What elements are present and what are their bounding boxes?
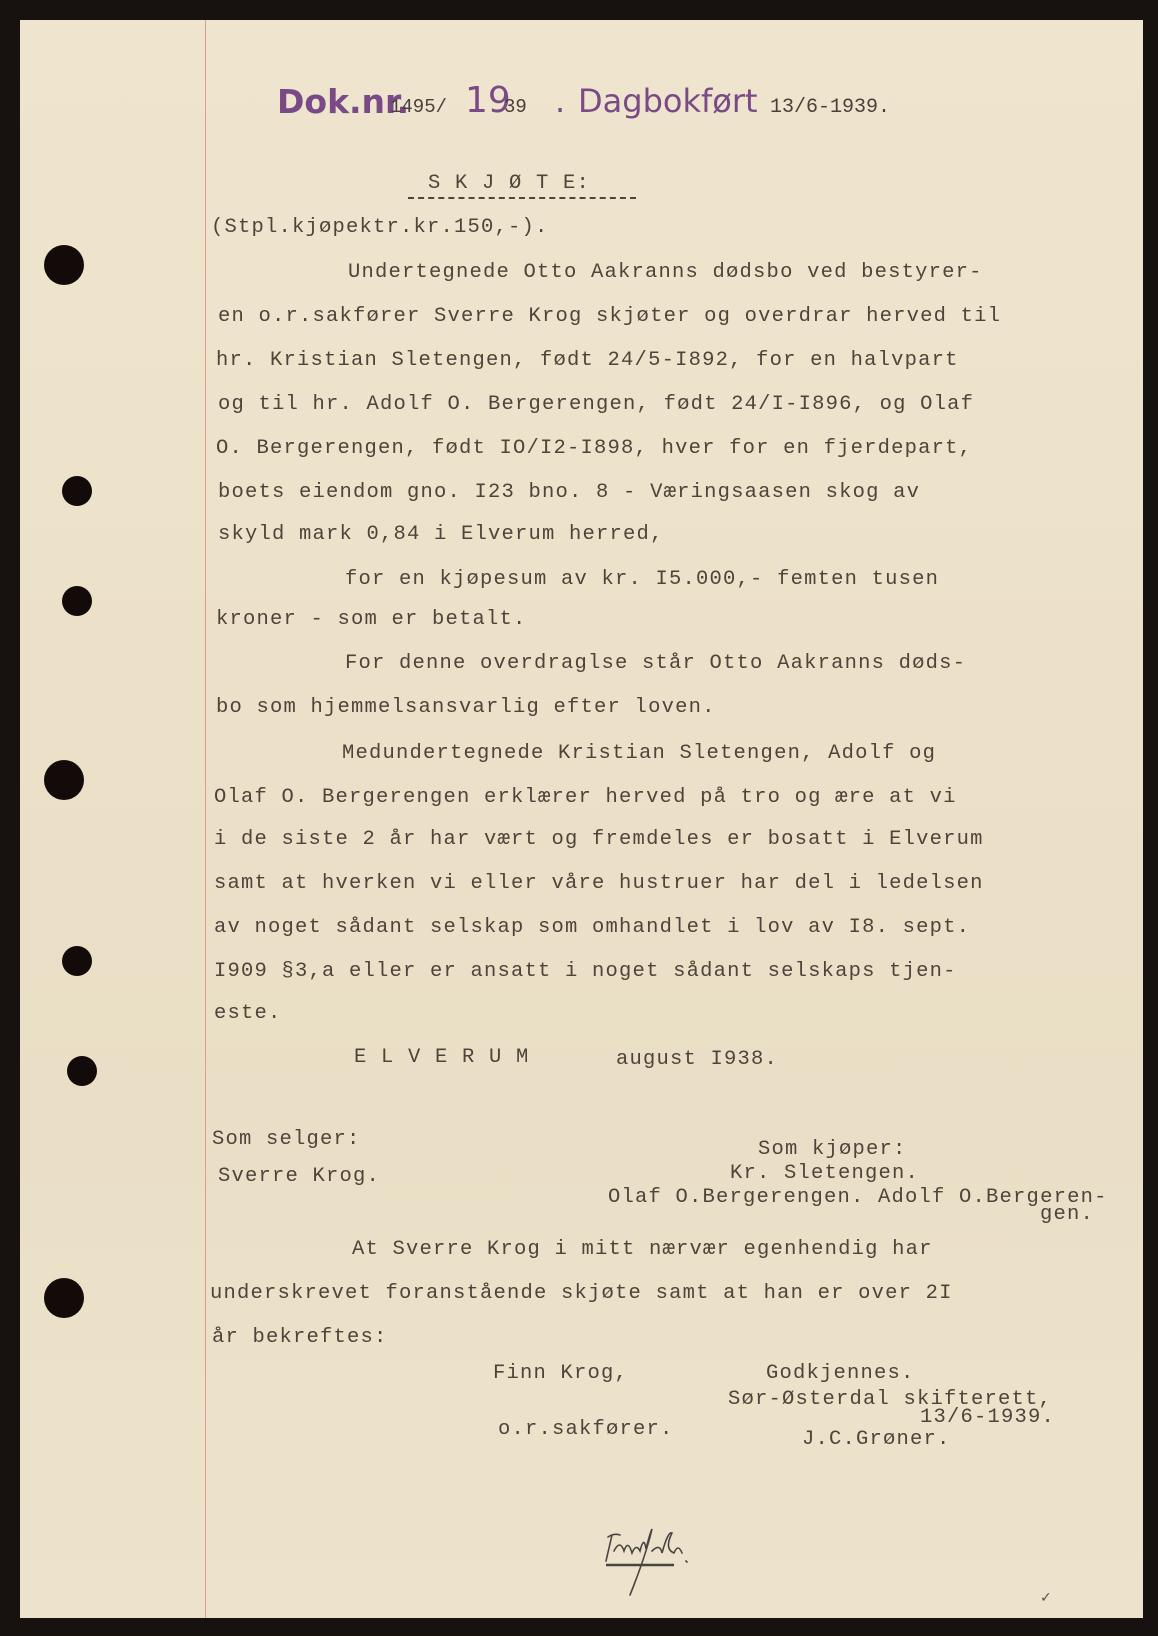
margin-line: [205, 20, 206, 1618]
dagbokfort-date: 13/6-1939.: [770, 96, 890, 119]
punch-hole-icon: [62, 476, 92, 506]
witness-line: år bekreftes:: [212, 1326, 388, 1349]
body-line: hr. Kristian Sletengen, født 24/5-I892, …: [216, 349, 959, 372]
approval-signer: J.C.Grøner.: [802, 1428, 951, 1451]
punch-hole-icon: [62, 946, 92, 976]
body-line: I909 §3,a eller er ansatt i noget sådant…: [214, 960, 957, 983]
punch-hole-icon: [62, 586, 92, 616]
witness-line: underskrevet foranstående skjøte samt at…: [210, 1282, 953, 1305]
body-line: skyld mark 0,84 i Elverum herred,: [218, 523, 664, 546]
buyer-label: Som kjøper:: [758, 1138, 907, 1161]
seller-label: Som selger:: [212, 1128, 361, 1151]
punch-hole-icon: [44, 1278, 84, 1318]
document-page: Dok.nr. 1495/ 19 39 . Dagbokført 13/6-19…: [20, 20, 1143, 1618]
dagbokfort-label: Dagbokført: [578, 82, 758, 120]
body-line: en o.r.sakfører Sverre Krog skjøter og o…: [218, 305, 1001, 328]
date: august I938.: [616, 1048, 778, 1071]
document-title: S K J Ø T E:: [428, 172, 590, 195]
buyer-name: Olaf O.Bergerengen. Adolf O.Bergeren-: [608, 1186, 1108, 1209]
body-line: kroner - som er betalt.: [216, 608, 527, 631]
body-line: samt at hverken vi eller våre hustruer h…: [214, 872, 984, 895]
punch-hole-icon: [44, 760, 84, 800]
body-line: Undertegnede Otto Aakranns dødsbo ved be…: [348, 261, 983, 284]
body-line: av noget sådant selskap som omhandlet i …: [214, 916, 970, 939]
place: E L V E R U M: [354, 1046, 530, 1069]
witness-title: o.r.sakfører.: [498, 1418, 674, 1441]
year-suffix: 39: [504, 96, 527, 118]
buyer-name: gen.: [1040, 1203, 1094, 1226]
witness-name: Finn Krog,: [493, 1362, 628, 1385]
body-line: boets eiendom gno. I23 bno. 8 - Væringsa…: [218, 481, 920, 504]
check-mark-icon: ✓: [1040, 1590, 1052, 1606]
approval-label: Godkjennes.: [766, 1362, 915, 1385]
stamp-fee: (Stpl.kjøpektr.kr.150,-).: [211, 216, 549, 239]
witness-line: At Sverre Krog i mitt nærvær egenhendig …: [352, 1238, 933, 1261]
handwritten-signature: [600, 1525, 720, 1605]
body-line: O. Bergerengen, født IO/I2-I898, hver fo…: [216, 437, 972, 460]
buyer-name: Kr. Sletengen.: [730, 1162, 919, 1185]
body-line: og til hr. Adolf O. Bergerengen, født 24…: [218, 393, 974, 416]
body-line: i de siste 2 år har vært og fremdeles er…: [214, 828, 984, 851]
body-line: for en kjøpesum av kr. I5.000,- femten t…: [345, 568, 939, 591]
body-line: este.: [214, 1002, 282, 1025]
punch-hole-icon: [44, 245, 84, 285]
dok-number: 1495/: [390, 96, 447, 118]
approval-date: 13/6-1939.: [920, 1406, 1055, 1429]
punch-hole-icon: [67, 1056, 97, 1086]
body-line: bo som hjemmelsansvarlig efter loven.: [216, 696, 716, 719]
seller-name: Sverre Krog.: [218, 1165, 380, 1188]
title-underline: [408, 197, 636, 199]
body-line: Medundertegnede Kristian Sletengen, Adol…: [342, 742, 936, 765]
body-line: For denne overdraglse står Otto Aakranns…: [345, 652, 966, 675]
header-dot: .: [555, 82, 565, 120]
body-line: Olaf O. Bergerengen erklærer herved på t…: [214, 786, 957, 809]
